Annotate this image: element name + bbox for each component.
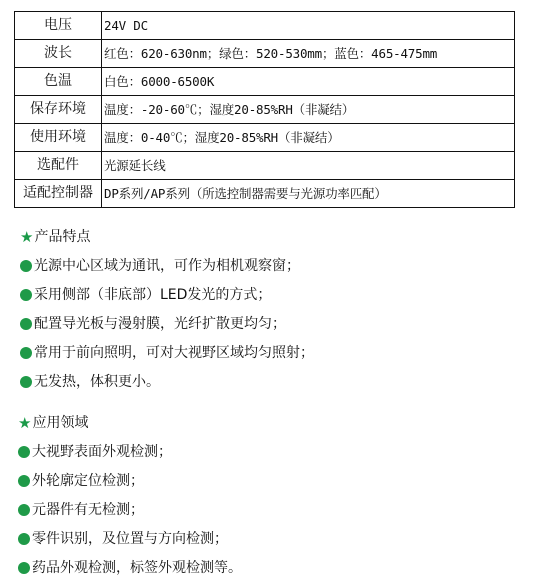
list-item: 无发热，体积更小。	[20, 372, 314, 392]
list-item-text: 外轮廓定位检测；	[32, 471, 144, 491]
list-item: 外轮廓定位检测；	[18, 471, 242, 491]
bullet-dot-icon	[20, 347, 32, 359]
bullet-dot-icon	[18, 504, 30, 516]
spec-label: 使用环境	[15, 124, 102, 152]
spec-label: 选配件	[15, 152, 102, 180]
applications-section: ★ 应用领域 大视野表面外观检测； 外轮廓定位检测； 元器件有无检测； 零件识别…	[18, 413, 242, 578]
spec-label: 保存环境	[15, 96, 102, 124]
list-item: 常用于前向照明，可对大视野区域均匀照射；	[20, 343, 314, 363]
spec-value: 光源延长线	[102, 152, 515, 180]
spec-value: 白色：6000-6500K	[102, 68, 515, 96]
list-item: 配置导光板与漫射膜，光纤扩散更均匀；	[20, 314, 314, 334]
bullet-dot-icon	[20, 376, 32, 388]
bullet-dot-icon	[18, 475, 30, 487]
list-item: 大视野表面外观检测；	[18, 442, 242, 462]
spec-row-color-temperature: 色温 白色：6000-6500K	[15, 68, 515, 96]
list-item-text: 无发热，体积更小。	[34, 372, 160, 392]
applications-heading: ★ 应用领域	[18, 413, 242, 433]
list-item: 药品外观检测，标签外观检测等。	[18, 558, 242, 578]
features-heading: ★ 产品特点	[20, 227, 314, 247]
spec-label: 适配控制器	[15, 180, 102, 208]
list-item-text: 配置导光板与漫射膜，光纤扩散更均匀；	[34, 314, 286, 334]
list-item: 元器件有无检测；	[18, 500, 242, 520]
bullet-dot-icon	[18, 446, 30, 458]
spec-value: 24V DC	[102, 12, 515, 40]
spec-value: 温度：-20-60℃；湿度20-85%RH（非凝结）	[102, 96, 515, 124]
list-item-text: 药品外观检测，标签外观检测等。	[32, 558, 242, 578]
spec-row-accessories: 选配件 光源延长线	[15, 152, 515, 180]
star-icon: ★	[20, 227, 33, 247]
bullet-dot-icon	[18, 562, 30, 574]
list-item-text: 光源中心区域为通讯，可作为相机观察窗；	[34, 256, 300, 276]
list-item-text: 零件识别，及位置与方向检测；	[32, 529, 228, 549]
spec-value: 温度：0-40℃；湿度20-85%RH（非凝结）	[102, 124, 515, 152]
list-item: 零件识别，及位置与方向检测；	[18, 529, 242, 549]
bullet-dot-icon	[20, 260, 32, 272]
bullet-dot-icon	[20, 289, 32, 301]
list-item-text: 常用于前向照明，可对大视野区域均匀照射；	[34, 343, 314, 363]
spec-row-wavelength: 波长 红色：620-630nm；绿色：520-530mm；蓝色：465-475m…	[15, 40, 515, 68]
bullet-dot-icon	[20, 318, 32, 330]
spec-label: 色温	[15, 68, 102, 96]
features-title: 产品特点	[34, 227, 90, 247]
spec-row-compatible-controller: 适配控制器 DP系列/AP系列（所选控制器需要与光源功率匹配）	[15, 180, 515, 208]
star-icon: ★	[18, 413, 31, 433]
list-item: 光源中心区域为通讯，可作为相机观察窗；	[20, 256, 314, 276]
bullet-dot-icon	[18, 533, 30, 545]
features-section: ★ 产品特点 光源中心区域为通讯，可作为相机观察窗； 采用侧部（非底部）LED发…	[20, 227, 314, 392]
spec-row-voltage: 电压 24V DC	[15, 12, 515, 40]
spec-label: 波长	[15, 40, 102, 68]
list-item-text: 大视野表面外观检测；	[32, 442, 172, 462]
spec-value: DP系列/AP系列（所选控制器需要与光源功率匹配）	[102, 180, 515, 208]
spec-table: 电压 24V DC 波长 红色：620-630nm；绿色：520-530mm；蓝…	[14, 11, 515, 208]
spec-row-operating-environment: 使用环境 温度：0-40℃；湿度20-85%RH（非凝结）	[15, 124, 515, 152]
list-item-text: 采用侧部（非底部）LED发光的方式；	[34, 285, 271, 305]
applications-title: 应用领域	[32, 413, 88, 433]
list-item: 采用侧部（非底部）LED发光的方式；	[20, 285, 314, 305]
spec-value: 红色：620-630nm；绿色：520-530mm；蓝色：465-475mm	[102, 40, 515, 68]
list-item-text: 元器件有无检测；	[32, 500, 144, 520]
spec-label: 电压	[15, 12, 102, 40]
spec-row-storage-environment: 保存环境 温度：-20-60℃；湿度20-85%RH（非凝结）	[15, 96, 515, 124]
